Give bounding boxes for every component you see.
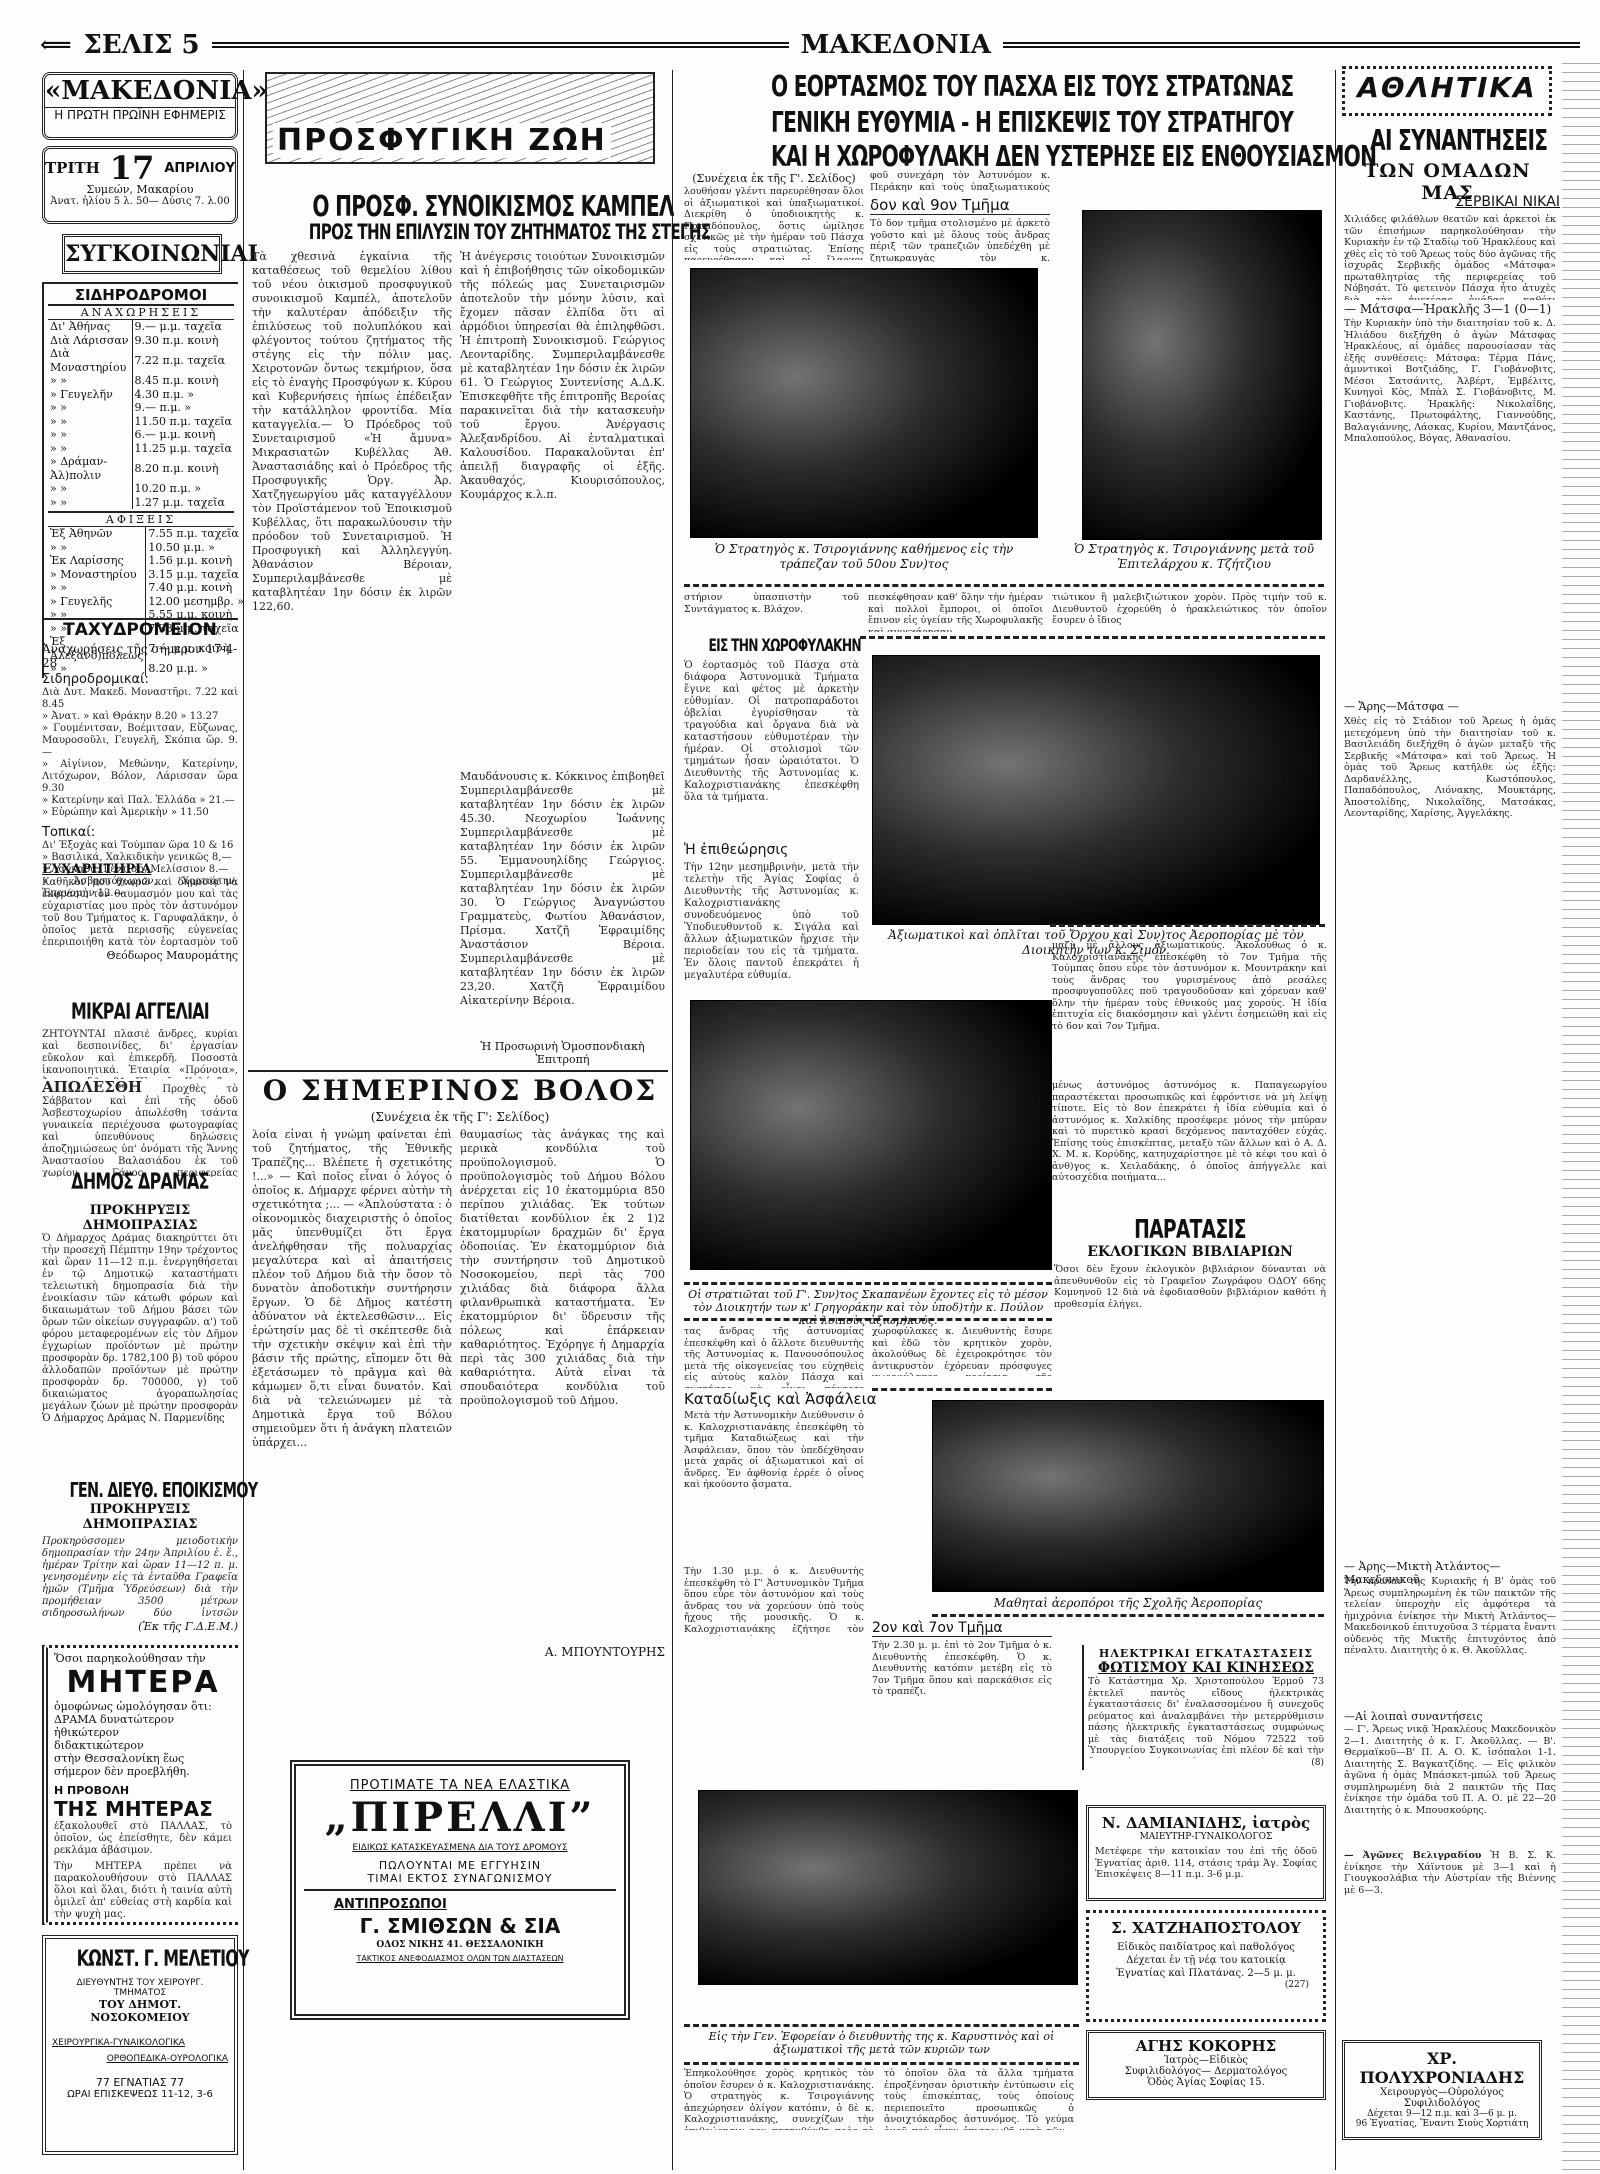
mid-col3: μαζὺ μὲ ἄλλους ἀξιωματικούς. Ἀκολούθως ὁ… xyxy=(1052,940,1327,1070)
schedule-row: » »1.27 μ.μ. ταχεῖα xyxy=(48,496,234,510)
electric-body: Τὸ Κατάστημα Χρ. Χριστοπούλου Ἑρμοῦ 73 ἐ… xyxy=(1088,1676,1324,1758)
masthead-title: «ΜΑΚΕΔΟΝΙΑ» xyxy=(45,75,235,107)
pirelli-line1: ΠΡΟΤΙΜΑΤΕ ΤΑ ΝΕΑ ΕΛΑΣΤΙΚΑ xyxy=(304,1778,616,1793)
scan-edge xyxy=(1562,60,1600,2174)
other-matches-title: —Αἱ λοιπαὶ συναντήσεις xyxy=(1344,1710,1556,1723)
banner-title: ΠΡΟΣΦΥΓΙΚΗ ΖΩΗ xyxy=(273,123,611,158)
pirelli-supply: ΤΑΚΤΙΚΟΣ ΑΝΕΦΟΔΙΑΣΜΟΣ ΟΛΩΝ ΤΩΝ ΔΙΑΣΤΑΣΕΩ… xyxy=(304,1954,616,1963)
schedule-time: 8.20 π.μ. κοινὴ xyxy=(132,455,234,482)
electric-code: (8) xyxy=(1088,1758,1324,1768)
schedule-time: 10.20 π.μ. » xyxy=(132,482,234,496)
pirelli-ad: ΠΡΟΤΙΜΑΤΕ ΤΑ ΝΕΑ ΕΛΑΣΤΙΚΑ „ΠΙΡΕΛΛΙ” ΕΙΔΙ… xyxy=(290,1760,630,2020)
gendarmerie-title: ΕΙΣ ΤΗΝ ΧΩΡΟΦΥΛΑΚΗΝ xyxy=(709,636,835,656)
schedule-row: » »6.— μ.μ. κοινὴ xyxy=(48,428,234,442)
list-item: » Ἀνατ. » καὶ Θράκην 8.20 » 13.27 xyxy=(42,711,238,723)
settlement-title: ΓΕΝ. ΔΙΕΥΘ. ΕΠΟΙΚΙΣΜΟΥ xyxy=(69,1478,210,1502)
railways-title: ΣΙΔΗΡΟΔΡΟΜΟΙ xyxy=(48,286,234,306)
transport-title-box: ΣΥΓΚΟΙΝΩΝΙΑΙ xyxy=(62,234,222,274)
settlement-auction: ΓΕΝ. ΔΙΕΥΘ. ΕΠΟΙΚΙΣΜΟΥ ΠΡΟΚΗΡΥΞΙΣ ΔΗΜΟΠΡ… xyxy=(42,1478,238,1633)
classified-ad-lost: ΑΠΩΛΕΣΘΗ Προχθὲς τὸ Σάββατον καὶ ἐπὶ τῆς… xyxy=(42,1081,238,1177)
transport-title: ΣΥΓΚΟΙΝΩΝΙΑΙ xyxy=(65,237,219,271)
schedule-row: » Γευγελῆν4.30 π.μ. » xyxy=(48,388,234,402)
meletiou-spec2: ΟΡΘΟΠΕΔΙΚΑ-ΟΥΡΟΛΟΓΙΚΑ xyxy=(52,2054,228,2064)
sports-subheadline: ΣΕΡΒΙΚΑΙ ΝΙΚΑΙ xyxy=(1420,194,1560,210)
list-item: » Γουμένιτσαν, Βοέμιτσαν, Εὔζωνας, Μαυρο… xyxy=(42,723,238,759)
damianidis-name: Ν. ΔΑΜΙΑΝΙΔΗΣ, ἰατρὸς xyxy=(1095,1814,1317,1832)
schedule-time: 11.50 π.μ. ταχεῖα xyxy=(132,415,234,429)
kokoris-ad: ΑΓΗΣ ΚΟΚΟΡΗΣ Ἰατρὸς—Εἰδικὸς Συφιλιδολόγο… xyxy=(1086,2030,1326,2100)
arrivals-title: ΑΦΙΞΕΙΣ xyxy=(48,511,234,527)
header-rule xyxy=(1003,42,1580,48)
schedule-row: » Μοναστηρίου3.15 μ.μ. ταχεῖα xyxy=(48,568,246,582)
list-item: διδακτικώτερον xyxy=(54,1739,232,1752)
volos-headline: Ο ΣΗΜΕΡΙΝΟΣ ΒΟΛΟΣ xyxy=(250,1074,670,1107)
schedule-time: 12.00 μεσημβρ. » xyxy=(146,595,246,609)
left-arrow-icon: ⟸ xyxy=(40,32,72,58)
electric-ad: ΗΛΕΚΤΡΙΚΑΙ ΕΓΚΑΤΑΣΤΑΣΕΙΣ ΦΩΤΙΣΜΟΥ ΚΑΙ ΚΙ… xyxy=(1082,1645,1328,1770)
sports-section-title: ΑΘΛΗΤΙΚΑ xyxy=(1347,71,1547,104)
photo-general-directorate xyxy=(698,1790,1078,1985)
kokoris-line2: Συφιλιδολόγος— Δερματολόγος xyxy=(1093,2066,1319,2077)
photo-aviation-students xyxy=(932,1400,1324,1592)
section-3-body: Τὴν 1.30 μ.μ. ὁ κ. Διευθυντὴς ἐπεσκέφθη … xyxy=(684,1566,864,1636)
polychroniadis-line2: Συφιλιδολόγος xyxy=(1351,2098,1533,2109)
meletiou-name: ΚΩΝΣΤ. Γ. ΜΕΛΕΤΙΟΥ xyxy=(77,1947,204,1972)
schedule-row: » »8.45 π.μ. κοινὴ xyxy=(48,374,234,388)
schedule-destination: Δι' Ἀθήνας xyxy=(48,320,132,334)
rail-mail-title: Σιδηροδρομικαί: xyxy=(42,672,238,687)
thanks-signature: Θεόδωρος Μαυρομάτης xyxy=(42,949,238,962)
sports-section-box: ΑΘΛΗΤΙΚΑ xyxy=(1342,66,1552,116)
match1-title: — Μάτσφα—Ἡρακλῆς 3—1 (0—1) xyxy=(1344,302,1556,316)
schedule-destination: Διὰ Λάρισσαν xyxy=(48,334,132,348)
polychroniadis-ad: ΧΡ. ΠΟΛΥΧΡΟΝΙΑΔΗΣ Χειρουργὸς—Οὐρολόγος Σ… xyxy=(1342,2040,1542,2140)
pirelli-line4: ΤΙΜΑΙ ΕΚΤΟΣ ΣΥΝΑΓΩΝΙΣΜΟΥ xyxy=(304,1872,616,1891)
schedule-time: 9.— π.μ. » xyxy=(132,401,234,415)
schedule-time: 9.— μ.μ. ταχεῖα xyxy=(132,320,234,334)
hatziapostolou-ad: Σ. ΧΑΤΖΗΑΠΟΣΤΟΛΟΥ Εἰδικὸς παιδίατρος καὶ… xyxy=(1086,1910,1326,2022)
classifieds: ΜΙΚΡΑΙ ΑΓΓΕΛΙΑΙ ΖΗΤΟΥΝΤΑΙ πλασιὲ ἄνδρες,… xyxy=(42,1000,238,1177)
mother-intro: Ὅσοι παρηκολούθησαν τὴν xyxy=(54,1652,232,1665)
list-item: Διὰ Δυτ. Μακεδ. Μοναστῆρι. 7.22 καὶ 8.45 xyxy=(42,687,238,711)
hatzi-body: Εἰδικὸς παιδίατρος καὶ παθολόγος Δέχεται… xyxy=(1103,1941,1309,1980)
volos-col1: λοία εἶναι ἡ γνώμη φαίνεται ἐπὶ τοῦ ζητή… xyxy=(252,1128,452,1668)
schedule-row: » »9.— π.μ. » xyxy=(48,401,234,415)
section-5-9-title: δον καὶ 9ον Τμῆμα xyxy=(870,196,1050,215)
post-departures-date: Ἀναχωρήσεις τῆς σήμερον 17-4-28 xyxy=(42,642,238,670)
thanks-title: ΕΥΧΑΡΗΤΗΡΙΑ xyxy=(42,862,238,877)
schedule-row: Δι' Ἀθήνας9.— μ.μ. ταχεῖα xyxy=(48,320,234,334)
schedule-time: 11.25 μ.μ. ταχεῖα xyxy=(132,442,234,456)
pirelli-brand: „ΠΙΡΕΛΛΙ” xyxy=(304,1793,616,1843)
schedule-row: Ἐξ Ἀθηνῶν7.55 π.μ. ταχεῖα xyxy=(48,527,246,541)
rail-mail-lines: Διὰ Δυτ. Μακεδ. Μοναστῆρι. 7.22 καὶ 8.45… xyxy=(42,687,238,819)
suburb-col1: Τὰ χθεσινὰ ἐγκαίνια τῆς καταθέσεως τοῦ θ… xyxy=(252,250,452,1060)
dashed-divider xyxy=(684,584,1324,587)
schedule-row: Διὰ Λάρισσαν9.30 π.μ. κοινὴ xyxy=(48,334,234,348)
schedule-destination: » » xyxy=(48,581,146,595)
list-item: ΔΡΑΜΑ δυνατώτερον xyxy=(54,1713,232,1726)
meletiou-address: 77 ΕΓΝΑΤΙΑΣ 77 xyxy=(52,2076,228,2089)
schedule-destination: » » xyxy=(48,401,132,415)
drama-title: ΔΗΜΟΣ ΔΡΑΜΑΣ xyxy=(69,1170,210,1195)
match1-body: Τὴν Κυριακὴν ὑπὸ τὴν διαιτησίαν τοῦ κ. Δ… xyxy=(1344,318,1556,698)
schedule-destination: » » xyxy=(48,415,132,429)
polychroniadis-name: ΧΡ. ΠΟΛΥΧΡΟΝΙΑΔΗΣ xyxy=(1351,2049,1533,2087)
schedule-row: » »11.50 π.μ. ταχεῖα xyxy=(48,415,234,429)
lower-col2: χωροφύλακες κ. Διευθυντὴς ἔσυρε καὶ ἐδῶ … xyxy=(872,1326,1052,1376)
pursuit-body: Μετὰ τὴν Ἀστυνομικὴν Διεύθυνσιν ὁ κ. Καλ… xyxy=(684,1410,864,1560)
belgrade-body: — Ἀγῶνες Βελιγραδίου Ἡ Β. Σ. Κ. ἐνίκησε … xyxy=(1344,1850,1556,1898)
volos-col2: θαυμασίως τὰς ἀνάγκας της καὶ μερικὰ κον… xyxy=(460,1128,665,1638)
settlement-body: Προκηρύσσομεν μειοδοτικὴν δημοπρασίαν τὴ… xyxy=(42,1536,238,1620)
easter-intro-col1: λουθήσαν γλέντι παρευρέθησαν ὅλοι οἱ ἀξι… xyxy=(684,186,864,260)
page-number: ΣΕΛΙΣ 5 xyxy=(84,30,200,60)
meletiou-role: ΔΙΕΥΘΥΝΤΗΣ ΤΟΥ ΧΕΙΡΟΥΡΓ. ΤΜΗΜΑΤΟΣ xyxy=(52,1978,228,1998)
right-col: μένως ἀστυνόμος ἀστυνόμος κ. Παπαγεωργίο… xyxy=(1052,1080,1327,1206)
refugee-life-banner: ΠΡΟΣΦΥΓΙΚΗ ΖΩΗ xyxy=(265,72,655,164)
pirelli-address: ΟΔΟΣ ΝΙΚΗΣ 41. ΘΕΣΣΑΛΟΝΙΚΗ xyxy=(304,1940,616,1950)
polychroniadis-line3: Δέχεται 9—12 π.μ. καὶ 3—6 μ. μ. xyxy=(1351,2109,1533,2119)
lower-col1: τας ἄνδρας τῆς ἀστυνομίας ἐπεσκέφθη καὶ … xyxy=(684,1326,864,1388)
suburb-col2: Ἡ ἀνέγερσις τοιούτων Συνοικισμῶν καὶ ἡ ἐ… xyxy=(460,250,665,760)
electric-title2: ΦΩΤΙΣΜΟΥ ΚΑΙ ΚΙΝΗΣΕΩΣ xyxy=(1088,1660,1324,1676)
photo4-caption: Οἱ στρατιῶται τοῦ Γ'. Συν)τος Σκαπανέων … xyxy=(684,1288,1052,1327)
ballots-title: ΠΑΡΑΤΑΣΙΣ xyxy=(1089,1215,1291,1245)
schedule-row: » »10.50 μ.μ. » xyxy=(48,541,246,555)
drama-signature: Ὁ Δήμαρχος Δράμας Ν. Παρμενίδης xyxy=(42,1413,238,1424)
dashed-divider xyxy=(684,2062,1079,2065)
pirelli-reps-label: ΑΝΤΙΠΡΟΣΩΠΟΙ xyxy=(304,1897,616,1912)
gendarmerie-body: Ὁ ἑορτασμὸς τοῦ Πάσχα στὰ διάφορα Ἀστυνο… xyxy=(684,660,859,840)
schedule-destination: » Δράμαν-Ἀλ)πολιν xyxy=(48,455,132,482)
schedule-destination: Ἐκ Λαρίσσης xyxy=(48,554,146,568)
schedule-row: » »7.40 μ.μ. κοινὴ xyxy=(48,581,246,595)
dashed-divider xyxy=(684,1318,1052,1321)
ballots-subtitle: ΕΚΛΟΓΙΚΩΝ ΒΙΒΛΙΑΡΙΩΝ xyxy=(1050,1244,1330,1260)
list-item: » Αἰγίνιον, Μεθώνην, Κατερίνην, Λιτόχωρο… xyxy=(42,759,238,795)
damianidis-body: Μετέφερε τὴν κατοικίαν του ἐπὶ τῆς ὁδοῦ … xyxy=(1095,1846,1317,1881)
easter-continued: (Συνέχεια ἐκ τῆς Γ'. Σελίδος) xyxy=(684,172,864,185)
mother-film-ad: Ὅσοι παρηκολούθησαν τὴν ΜΗΤΕΡΑ ὁμοφώνως … xyxy=(42,1645,238,1925)
match2-body: Χθὲς εἰς τὸ Στάδιον τοῦ Ἄρεως ἡ ὁμὰς μετ… xyxy=(1344,716,1556,1496)
schedule-row: » Γευγελῆς12.00 μεσημβρ. » xyxy=(48,595,246,609)
photo2-caption: Ὁ Στρατηγὸς κ. Τσιρογιάννης μετὰ τοῦ Ἐπι… xyxy=(1060,542,1328,572)
section-2-7-title: 2ον καὶ 7ον Τμῆμα xyxy=(872,1620,1052,1637)
section-5-9-body: Τὸ δον τμῆμα στολισμένο μὲ ἀρκετὸ γοῦστο… xyxy=(870,218,1050,262)
mother-praise: ὁμοφώνως ὡμολόγησαν ὅτι:ΔΡΑΜΑ δυνατώτερο… xyxy=(54,1700,232,1778)
column-divider xyxy=(1335,70,1336,2170)
suburb-subheadline: ΠΡΟΣ ΤΗΝ ΕΠΙΛΥΣΙΝ ΤΟΥ ΖΗΤΗΜΑΤΟΣ ΤΗΣ ΣΤΕΓ… xyxy=(309,220,611,244)
photo-general-at-table xyxy=(690,268,1038,538)
signature-line: Ἡ Προσωρινὴ Ὁμοσπονδιακὴ xyxy=(460,1040,665,1053)
meletiou-hours: ΩΡΑΙ ΕΠΙΣΚΕΨΕΩΣ 11-12, 3-6 xyxy=(52,2089,228,2100)
schedule-time: 4.30 π.μ. » xyxy=(132,388,234,402)
photo1-caption: Ὁ Στρατηγὸς κ. Τσιρογιάννης καθήμενος εἰ… xyxy=(690,542,1038,572)
hatzi-code: (227) xyxy=(1103,1980,1309,1990)
damianidis-title: ΜΑΙΕΥΤΗΡ-ΓΥΝΑΙΚΟΛΟΓΟΣ xyxy=(1095,1832,1317,1842)
lost-label: ΑΠΩΛΕΣΘΗ xyxy=(42,1081,142,1096)
column-divider xyxy=(243,70,244,2170)
month: ΑΠΡΙΛΙΟΥ xyxy=(164,161,235,176)
schedule-destination: » » xyxy=(48,428,132,442)
section-2-7-body: Τὴν 2.30 μ. μ. ἐπὶ τὸ 2ον Τμῆμα ὁ κ. Διε… xyxy=(872,1640,1052,1740)
section-divider xyxy=(248,1070,668,1072)
inspection-title: Ἡ ἐπιθεώρησις xyxy=(684,842,859,858)
schedule-row: » »11.25 μ.μ. ταχεῖα xyxy=(48,442,234,456)
pirelli-company: Γ. ΣΜΙΘΣΩΝ & ΣΙΑ xyxy=(304,1914,616,1938)
list-item: ἠθικώτερον xyxy=(54,1726,232,1739)
day-number: 17 xyxy=(110,153,155,183)
post-office-title: ΤΑΧΥΔΡΟΜΕΙΟΝ xyxy=(42,618,238,640)
masthead-subtitle: Η ΠΡΩΤΗ ΠΡΩΪΝΗ ΕΦΗΜΕΡΙΣ xyxy=(45,107,235,122)
damianidis-ad: Ν. ΔΑΜΙΑΝΙΔΗΣ, ἰατρὸς ΜΑΙΕΥΤΗΡ-ΓΥΝΑΙΚΟΛΟ… xyxy=(1086,1805,1326,1901)
schedule-time: 3.15 μ.μ. ταχεῖα xyxy=(146,568,246,582)
pirelli-line3: ΠΩΛΟΥΝΤΑΙ ΜΕ ΕΓΓΥΗΣΙΝ xyxy=(304,1859,616,1872)
list-item: » Κατερίνην καὶ Παλ. Ἑλλάδα » 21.— xyxy=(42,795,238,807)
saints-of-day: Συμεών, Μακαρίου xyxy=(45,183,235,196)
schedule-destination: Διὰ Μοναστηρίου xyxy=(48,347,132,374)
schedule-time: 10.50 μ.μ. » xyxy=(146,541,246,555)
thanks-body: Καθῆκον μου θεωρῶ καὶ δημοσίᾳ νὰ ἐκφράσω… xyxy=(42,877,238,949)
sports-intro: Χιλιάδες φιλάθλων θεατῶν καὶ ἀρκετοὶ ἐκ … xyxy=(1344,214,1556,300)
meletiou-hospital: ΤΟΥ ΔΗΜΟΤ. ΝΟΣΟΚΟΜΕΙΟΥ xyxy=(52,1998,228,2024)
kokoris-name: ΑΓΗΣ ΚΟΚΟΡΗΣ xyxy=(1093,2037,1319,2055)
weekday: ΤΡΙΤΗ xyxy=(45,159,100,177)
classifieds-title: ΜΙΚΡΑΙ ΑΓΓΕΛΙΑΙ xyxy=(69,1000,210,1025)
schedule-destination: » » xyxy=(48,442,132,456)
photo-sappers-regiment xyxy=(690,1000,1052,1270)
easter-headline: Ο ΕΟΡΤΑΣΜΟΣ ΤΟΥ ΠΑΣΧΑ ΕΙΣ ΤΟΥΣ ΣΤΡΑΤΩΝΑΣ xyxy=(771,70,1239,103)
screening-closing: Τὴν ΜΗΤΕΡΑ πρέπει νὰ παρακολουθήσουν στὸ… xyxy=(54,1861,232,1921)
volos-continued: (Συνέχεια ἐκ τῆς Γ': Σελίδος) xyxy=(250,1110,670,1124)
suburb-headline: Ο ΠΡΟΣΦ. ΣΥΝΟΙΚΙΣΜΟΣ ΚΑΜΠΕΛ xyxy=(312,190,607,223)
list-item: Δι' Ἐξοχὰς καὶ Τούμπαν ὥρα 10 & 16 xyxy=(42,840,238,852)
departures-title: ΑΝΑΧΩΡΗΣΕΙΣ xyxy=(48,306,234,320)
dashed-divider xyxy=(860,636,1325,639)
polychroniadis-line1: Χειρουργὸς—Οὐρολόγος xyxy=(1351,2087,1533,2098)
schedule-time: 1.56 μ.μ. κοινὴ xyxy=(146,554,246,568)
masthead-box: «ΜΑΚΕΔΟΝΙΑ» Η ΠΡΩΤΗ ΠΡΩΪΝΗ ΕΦΗΜΕΡΙΣ xyxy=(42,72,238,140)
signature-line: Ἐπιτροπή xyxy=(460,1053,665,1066)
schedule-time: 7.22 π.μ. ταχεῖα xyxy=(132,347,234,374)
screening-body: ἐξακολουθεῖ στὸ ΠΑΛΛΑΣ, τὸ ὁποῖον, ὡς ἐπ… xyxy=(54,1821,232,1857)
after-photo-col1: στήριον ὑπασπιστὴν τοῦ Συντάγματος κ. Βλ… xyxy=(684,592,859,620)
belgrade-heading: — Ἀγῶνες Βελιγραδίου xyxy=(1344,1850,1481,1861)
schedule-row: » Δράμαν-Ἀλ)πολιν8.20 π.μ. κοινὴ xyxy=(48,455,234,482)
schedule-time: 7.55 π.μ. ταχεῖα xyxy=(146,527,246,541)
section-3-text: Τὴν 1.30 μ.μ. ὁ κ. Διευθυντὴς ἐπεσκέφθη … xyxy=(684,1566,864,1636)
schedule-time: 6.— μ.μ. κοινὴ xyxy=(132,428,234,442)
sunrise-sunset: Ἀνατ. ἡλίου 5 λ. 50— Δύσις 7. λ.00 xyxy=(45,196,235,207)
photo-air-force-officers xyxy=(872,655,1320,925)
date-box: ΤΡΙΤΗ 17 ΑΠΡΙΛΙΟΥ Συμεών, Μακαρίου Ἀνατ.… xyxy=(42,146,238,224)
sports-headline: ΑΙ ΣΥΝΑΝΤΗΣΕΙΣ xyxy=(1370,124,1525,157)
ballots-body: Ὅσοι δὲν ἔχουν ἐκλογικὸν βιβλιάριον δύνα… xyxy=(1054,1264,1326,1310)
schedule-destination: » » xyxy=(48,374,132,388)
meletiou-spec1: ΧΕΙΡΟΥΡΓΙΚΑ-ΓΥΝΑΙΚΟΛΟΓΙΚΑ xyxy=(52,2038,228,2048)
electric-title1: ΗΛΕΚΤΡΙΚΑΙ ΕΓΚΑΤΑΣΤΑΣΕΙΣ xyxy=(1088,1647,1324,1660)
schedule-row: » »10.20 π.μ. » xyxy=(48,482,234,496)
dashed-divider xyxy=(1050,924,1325,927)
polychroniadis-line4: 96 Ἐγνατίας, Ἔναντι Σιοὺς Χορτιάτη xyxy=(1351,2119,1533,2129)
pursuit-title: Καταδίωξις καὶ Ἀσφάλεια xyxy=(684,1390,884,1408)
screening-title: ΤΗΣ ΜΗΤΕΡΑΣ xyxy=(54,1797,232,1821)
hatzi-name: Σ. ΧΑΤΖΗΑΠΟΣΤΟΛΟΥ xyxy=(1103,1919,1309,1937)
settlement-source: (Ἐκ τῆς Γ.Δ.Ε.Μ.) xyxy=(42,1620,238,1633)
settlement-subtitle: ΠΡΟΚΗΡΥΞΙΣ ΔΗΜΟΠΡΑΣΙΑΣ xyxy=(42,1502,238,1532)
pirelli-line2: ΕΙΔΙΚΩΣ ΚΑΤΑΣΚΕΥΑΣΜΕΝΑ ΔΙΑ ΤΟΥΣ ΔΡΟΜΟΥΣ xyxy=(304,1843,616,1853)
local-mail-title: Τοπικαί: xyxy=(42,825,238,840)
classified-ad-wanted: ΖΗΤΟΥΝΤΑΙ πλασιὲ ἄνδρες, κυρίαι καὶ δεσπ… xyxy=(42,1029,238,1079)
easter-subheadline2: ΚΑΙ Η ΧΩΡΟΦΥΛΑΚΗ ΔΕΝ ΥΣΤΕΡΗΣΕ ΕΙΣ ΕΝΘΟΥΣ… xyxy=(771,140,1239,173)
schedule-time: 8.45 π.μ. κοινὴ xyxy=(132,374,234,388)
dashed-divider xyxy=(872,1388,1052,1391)
dashed-divider xyxy=(932,1614,1324,1617)
drama-auction: ΔΗΜΟΣ ΔΡΑΜΑΣ ΠΡΟΚΗΡΥΞΙΣ ΔΗΜΟΠΡΑΣΙΑΣ Ὁ Δή… xyxy=(42,1170,238,1424)
easter-intro-col2: φοῦ συνεχάρη τὸν Ἀστυνόμον κ. Περάκην κα… xyxy=(870,170,1050,196)
list-item: ὁμοφώνως ὡμολόγησαν ὅτι: xyxy=(54,1700,232,1713)
schedule-destination: » » xyxy=(48,541,146,555)
paper-name: ΜΑΚΕΔΟΝΙΑ xyxy=(801,30,991,60)
photo-general-with-staff xyxy=(1082,210,1322,540)
screening-label: Η ΠΡΟΒΟΛΗ xyxy=(54,1784,232,1797)
bottom-col2: τὸ ὁποῖον ὅλα τὰ ἄλλα τμήματα ἐπροξένησα… xyxy=(884,2068,1074,2130)
mikti-body: Τὴν πρωΐαν τῆς Κυριακῆς ἡ Β' ὁμὰς τοῦ Ἄρ… xyxy=(1344,1576,1556,1706)
kokoris-line3: Ὁδὸς Ἁγίας Σοφίας 15. xyxy=(1093,2077,1319,2088)
schedule-destination: » » xyxy=(48,482,132,496)
column-divider xyxy=(672,70,673,2170)
dashed-divider xyxy=(684,1282,1052,1285)
schedule-destination: » Μοναστηρίου xyxy=(48,568,146,582)
doctor-meletiou-ad: ΚΩΝΣΤ. Γ. ΜΕΛΕΤΙΟΥ ΔΙΕΥΘΥΝΤΗΣ ΤΟΥ ΧΕΙΡΟΥ… xyxy=(42,1935,238,2155)
schedule-destination: » Γευγελῆν xyxy=(48,388,132,402)
schedule-time: 9.30 π.μ. κοινὴ xyxy=(132,334,234,348)
photo6-caption: Εἰς τὴν Γεν. Ἐφορείαν ὁ διευθυντὴς της κ… xyxy=(684,2030,1079,2056)
suburb-signature: Ἡ Προσωρινὴ Ὁμοσπονδιακὴ Ἐπιτροπή xyxy=(460,1040,665,1066)
other-matches-body: — Γ'. Ἄρεως νικᾷ Ἡρακλέους Μακεδονικὸν 2… xyxy=(1344,1724,1556,1844)
dashed-divider xyxy=(684,2024,1079,2027)
photo5-caption: Μαθηταὶ ἀεροπόροι τῆς Σχολῆς Ἀεροπορίας xyxy=(932,1596,1324,1611)
schedule-destination: » Γευγελῆς xyxy=(48,595,146,609)
page-header: ⟸ ΣΕΛΙΣ 5 ΜΑΚΕΔΟΝΙΑ xyxy=(40,30,1580,60)
list-item: » Εὐρώπην καὶ Ἀμερικὴν » 11.50 xyxy=(42,807,238,819)
after-photo-col2: πεσκέφθησαν καθ' ὅλην τὴν ἡμέραν καὶ πολ… xyxy=(868,592,1043,632)
after-photo-col3: τιώτικον ἢ μαλεβιζιώτικον χορὸν. Πρὸς τι… xyxy=(1052,592,1327,632)
drama-body: Ὁ Δήμαρχος Δράμας διακηρύττει ὅτι τὴν πρ… xyxy=(42,1233,238,1413)
kokoris-line1: Ἰατρὸς—Εἰδικὸς xyxy=(1093,2055,1319,2066)
list-item: στὴν Θεσσαλονίκη ἕως σήμερον δὲν προεβλή… xyxy=(54,1752,232,1778)
schedule-row: Ἐκ Λαρίσσης1.56 μ.μ. κοινὴ xyxy=(48,554,246,568)
easter-subheadline: ΓΕΝΙΚΗ ΕΥΘΥΜΙΑ - Η ΕΠΙΣΚΕΨΙΣ ΤΟΥ ΣΤΡΑΤΗΓ… xyxy=(771,106,1239,139)
lost-body: Προχθὲς τὸ Σάββατον καὶ ἐπὶ τῆς ὁδοῦ Ἀσβ… xyxy=(42,1084,238,1177)
bottom-col1: Ἐπηκολούθησε χορὸς κρητικὸς τὸν ὁποῖον ἔ… xyxy=(684,2068,874,2130)
header-rule xyxy=(212,42,789,48)
schedule-row: Διὰ Μοναστηρίου7.22 π.μ. ταχεῖα xyxy=(48,347,234,374)
suburb-col3: Μαυδάνουσις κ. Κόκκινος ἐπιβοηθεῖ Συμπερ… xyxy=(460,770,665,1040)
schedule-time: 1.27 μ.μ. ταχεῖα xyxy=(132,496,234,510)
match2-title: — Ἄρης—Μάτσφα — xyxy=(1344,700,1556,713)
drama-subtitle: ΠΡΟΚΗΡΥΞΙΣ ΔΗΜΟΠΡΑΣΙΑΣ xyxy=(42,1203,238,1233)
schedule-time: 7.40 μ.μ. κοινὴ xyxy=(146,581,246,595)
volos-byline: Α. ΜΠΟΥΝΤΟΥΡΗΣ xyxy=(460,1645,665,1659)
schedule-destination: Ἐξ Ἀθηνῶν xyxy=(48,527,146,541)
departures-table: Δι' Ἀθήνας9.— μ.μ. ταχεῖαΔιὰ Λάρισσαν9.3… xyxy=(48,320,234,509)
schedule-destination: » » xyxy=(48,496,132,510)
mother-title: ΜΗΤΕΡΑ xyxy=(54,1665,232,1700)
thanks-notice: ΕΥΧΑΡΗΤΗΡΙΑ Καθῆκον μου θεωρῶ καὶ δημοσί… xyxy=(42,862,238,962)
